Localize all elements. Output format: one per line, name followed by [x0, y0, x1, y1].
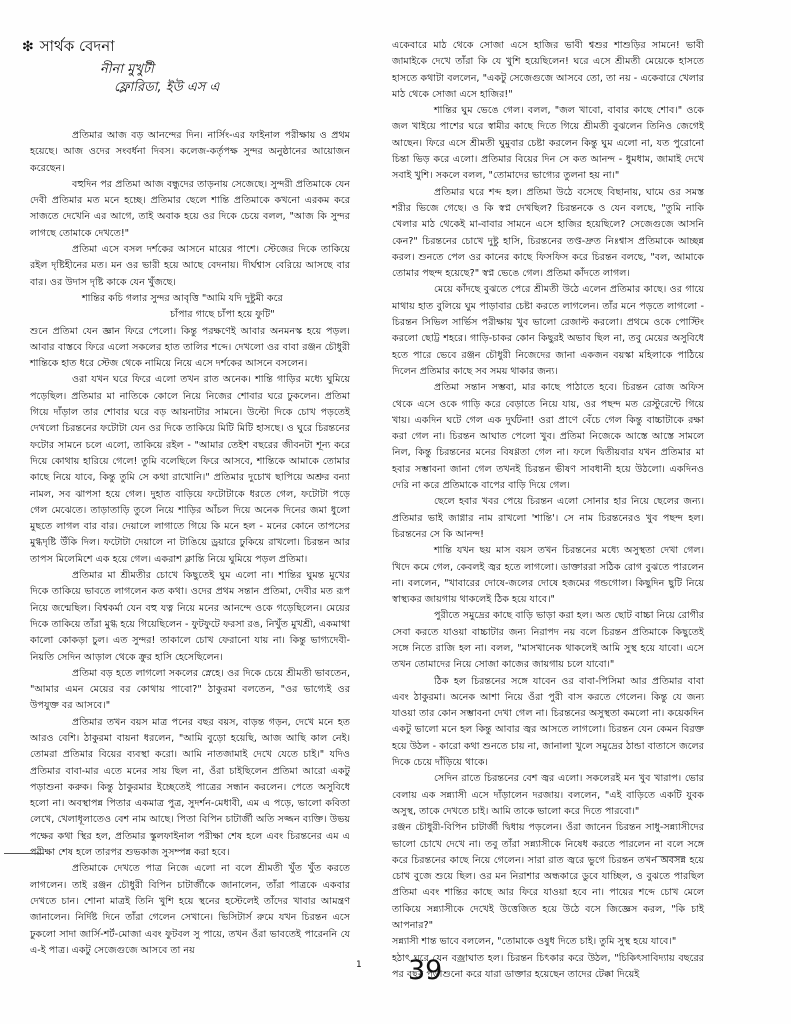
- paragraph: সন্ন্যাসী শান্ত ভাবে বললেন, "তোমাকে ওষুধ…: [392, 934, 704, 950]
- scan-artifact-line: [655, 856, 685, 857]
- right-text-column: একেবারে মাঠ থেকে সোজা এসে হাজির ভাবী শ্ব…: [392, 38, 704, 983]
- scan-artifact-line: [4, 853, 44, 854]
- paragraph: প্রতিমার তখন বয়স মাত্র পনের বছর বয়স, ব…: [30, 715, 350, 862]
- paragraph: সেদিন রাতে চিরন্তনের বেশ জ্বর এলো। সকলের…: [392, 771, 704, 820]
- paragraph: পুরীতে সমুদ্রের কাছে বাড়ি ভাড়া করা হল।…: [392, 608, 704, 673]
- paragraph: একেবারে মাঠ থেকে সোজা এসে হাজির ভাবী শ্ব…: [392, 38, 704, 103]
- paragraph: প্রতিমার মা শ্রীমতীর চোখে কিছুতেই ঘুম এল…: [30, 568, 350, 666]
- margin-mark: 1: [356, 960, 362, 970]
- magazine-page: ❇সার্থক বেদনা নীনা মুখুটী ফ্লোরিডা, ইউ এ…: [0, 0, 791, 1024]
- left-text-column: প্রতিমার আজ বড় আনন্দের দিন। নার্সিং-এর …: [30, 128, 350, 959]
- paragraph: চাঁপার গাছে চাঁপা হয়ে ফুটি": [30, 307, 350, 323]
- paragraph: শুনে প্রতিমা যেন জ্ঞান ফিরে পেলো। কিন্তু…: [30, 324, 350, 373]
- paragraph: মেয়ে কাঁদছে বুঝতে পেরে শ্রীমতী উঠে এলেন…: [392, 282, 704, 380]
- paragraph: বহুদিন পর প্রতিমা আজ বন্ধুদের তাড়নায় স…: [30, 177, 350, 242]
- paragraph: প্রতিমাকে দেখতে পাত্র নিজে এলো না বলে শ্…: [30, 861, 350, 959]
- paragraph: ওরা যখন ঘরে ফিরে এলো তখন রাত অনেক। শান্ত…: [30, 372, 350, 568]
- paragraph: প্রতিমা বড় হতে লাগলো সকলের স্নেহে। ওর দ…: [30, 666, 350, 715]
- article-title-text: সার্থক বেদনা: [40, 37, 115, 55]
- article-title: ❇সার্থক বেদনা: [22, 36, 382, 57]
- paragraph: প্রতিমার আজ বড় আনন্দের দিন। নার্সিং-এর …: [30, 128, 350, 177]
- paragraph: শান্তির ঘুম ভেঙে গেল। বলল, "জল খাবো, বাব…: [392, 103, 704, 184]
- paragraph: রঞ্জন চৌধুরী-বিপিন চাটার্জী দ্বিধায় পড়…: [392, 820, 704, 934]
- paragraph: ঠিক হল চিরন্তনের সঙ্গে যাবেন ওর বাবা-পিস…: [392, 674, 704, 772]
- paragraph: প্রতিমার ঘরে শব্দ হল। প্রতিমা উঠে বসেছে …: [392, 185, 704, 283]
- paragraph: শান্তির কচি গলার সুন্দর আবৃত্তি "আমি যদি…: [30, 291, 350, 307]
- paragraph: শান্তি যখন ছয় মাস বয়স তখন চিরন্তনের মধ…: [392, 543, 704, 608]
- article-author: নীনা মুখুটী: [100, 61, 382, 79]
- article-header: ❇সার্থক বেদনা নীনা মুখুটী ফ্লোরিডা, ইউ এ…: [22, 36, 382, 97]
- paragraph: প্রতিমা এসে বসল দর্শকের আসনে মায়ের পাশে…: [30, 242, 350, 291]
- paragraph: প্রতিমা সন্তান সম্ভবা, মার কাছে পাঠাতে হ…: [392, 380, 704, 494]
- page-number: 39: [408, 955, 442, 986]
- asterisk-flower-icon: ❇: [22, 37, 34, 57]
- article-location: ফ্লোরিডা, ইউ এস এ: [114, 79, 382, 97]
- paragraph: ছেলে হবার খবর পেয়ে চিরন্তন এলো সোনার হা…: [392, 494, 704, 543]
